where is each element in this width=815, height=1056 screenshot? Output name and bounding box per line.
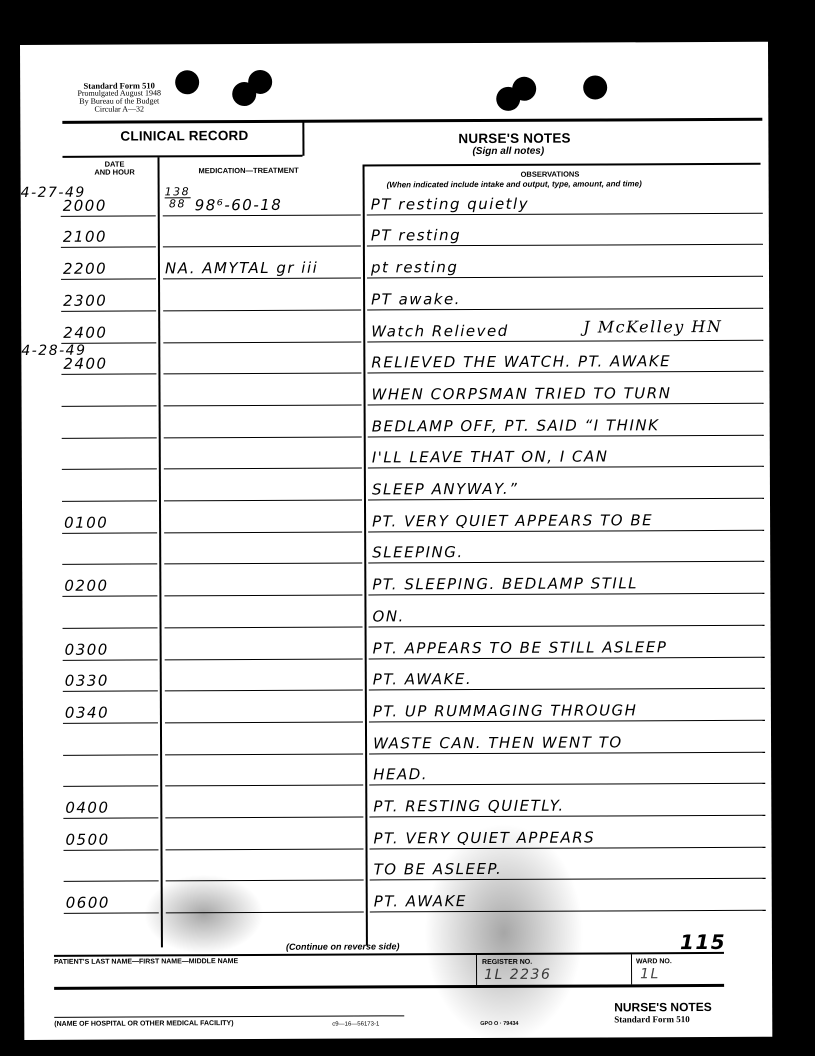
row-rule — [163, 341, 361, 343]
row-rule — [165, 817, 363, 819]
punch-hole — [175, 70, 199, 94]
nurse-signature: J McKelley HN — [583, 316, 722, 336]
table-row: WASTE CAN. THEN WENT TO — [20, 42, 768, 45]
table-row: WHEN CORPSMAN TRIED TO TURN — [20, 42, 768, 45]
row-rule — [61, 374, 156, 375]
row-medication: NA. AMYTAL gr iii — [165, 259, 318, 278]
row-time: 2400 — [63, 355, 107, 373]
row-rule — [64, 881, 159, 882]
row-rule — [61, 310, 156, 311]
row-time: 2400 — [63, 323, 107, 341]
row-observation: PT. AWAKE. — [373, 670, 472, 688]
row-observation: SLEEP ANYWAY.” — [372, 480, 518, 499]
table-row: SLEEPING. — [20, 42, 768, 45]
row-observation: I'LL LEAVE THAT ON, I CAN — [372, 448, 609, 467]
row-rule — [63, 786, 158, 787]
form-title-footer: NURSE'S NOTES — [614, 1000, 712, 1014]
row-rule — [369, 625, 765, 628]
row-observation: SLEEPING. — [372, 543, 463, 561]
page-number: 115 — [680, 930, 726, 954]
row-rule — [63, 817, 158, 818]
row-rule — [62, 532, 157, 533]
ward-label: WARD NO. — [636, 958, 672, 965]
header-mid-rule — [62, 155, 302, 158]
row-observation: PT. APPEARS TO BE STILL ASLEEP — [373, 638, 668, 657]
sign-all-notes-label: (Sign all notes) — [472, 146, 544, 157]
row-observation: Watch Relieved — [371, 321, 509, 340]
table-row: 2400Watch RelievedJ McKelley HN — [20, 42, 768, 45]
row-rule — [163, 309, 361, 311]
row-time: 0340 — [65, 704, 109, 722]
form-info: Standard Form 510 Promulgated August 194… — [64, 81, 174, 113]
row-observation: WASTE CAN. THEN WENT TO — [373, 733, 623, 752]
ward-divider — [631, 954, 632, 984]
row-observation: PT awake. — [371, 290, 461, 308]
row-time: 0100 — [64, 513, 108, 531]
row-rule — [62, 405, 157, 406]
row-observation: PT. SLEEPING. BEDLAMP STILL — [372, 574, 638, 593]
row-rule — [64, 849, 159, 850]
row-rule — [163, 373, 361, 375]
table-row: ON. — [20, 42, 768, 45]
table-row: I'LL LEAVE THAT ON, I CAN — [20, 42, 768, 45]
row-rule — [164, 531, 362, 533]
table-row: TO BE ASLEEP. — [20, 42, 768, 45]
row-rule — [164, 404, 362, 406]
table-row: 2300PT awake. — [20, 42, 768, 45]
systolic: 138 — [165, 186, 191, 198]
scan-noise — [423, 823, 584, 1044]
row-observation: RELIEVED THE WATCH. PT. AWAKE — [371, 352, 671, 371]
row-rule — [163, 246, 361, 248]
blood-pressure: 13888 — [165, 186, 191, 209]
observations-note: (When indicated include intake and outpu… — [387, 179, 642, 189]
row-time: 2200 — [63, 260, 107, 278]
punch-hole — [248, 70, 272, 94]
diastolic: 88 — [165, 198, 191, 209]
punch-hole — [512, 77, 536, 101]
table-row: BEDLAMP OFF, PT. SAID “I THINK — [20, 42, 768, 45]
row-rule — [165, 785, 363, 787]
table-row: 0500PT. VERY QUIET APPEARS — [20, 42, 768, 45]
date-hour-header: DATE AND HOUR — [81, 160, 149, 176]
row-observation: HEAD. — [373, 766, 428, 784]
table-row: 0600PT. AWAKE — [20, 42, 768, 45]
row-rule — [164, 436, 362, 438]
table-row: 2200NA. AMYTAL gr iiipt resting — [20, 42, 768, 45]
footer-top-rule — [54, 952, 724, 957]
row-time: 0200 — [64, 577, 108, 595]
table-row: 0330PT. AWAKE. — [20, 42, 768, 45]
header-mid-rule-right — [363, 163, 761, 167]
patient-name-label: PATIENT'S LAST NAME—FIRST NAME—MIDDLE NA… — [54, 958, 238, 966]
row-rule — [61, 279, 156, 280]
row-rule — [164, 468, 362, 470]
row-rule — [62, 564, 157, 565]
row-rule — [165, 658, 363, 660]
row-time: 0330 — [65, 672, 109, 690]
notes-table: 4-27-4920001388898⁶-60-18PT resting quie… — [20, 42, 768, 45]
nurses-notes-title: NURSE'S NOTES — [458, 131, 570, 146]
form-number-footer: Standard Form 510 — [614, 1014, 690, 1024]
row-rule — [165, 721, 363, 723]
row-rule — [61, 215, 156, 216]
table-row: 4-28-492400RELIEVED THE WATCH. PT. AWAKE — [20, 42, 768, 45]
row-time: 2300 — [63, 291, 107, 309]
row-observation: PT resting quietly — [371, 194, 529, 213]
table-row: 0300PT. APPEARS TO BE STILL ASLEEP — [20, 42, 768, 45]
row-time: 0600 — [66, 894, 110, 912]
row-observation: PT. VERY QUIET APPEARS TO BE — [372, 511, 653, 530]
observations-header: OBSERVATIONS — [521, 171, 580, 179]
row-rule — [164, 500, 362, 502]
row-rule — [61, 247, 156, 248]
row-observation: ON. — [372, 607, 404, 625]
header-top-rule — [62, 118, 762, 124]
row-observation: PT resting — [371, 226, 461, 244]
row-rule — [165, 690, 363, 692]
row-rule — [63, 691, 158, 692]
medication-header: MEDICATION—TREATMENT — [199, 167, 299, 175]
row-rule — [164, 563, 362, 565]
hospital-rule — [54, 1015, 404, 1018]
table-row: 0340PT. UP RUMMAGING THROUGH — [20, 42, 768, 45]
scan-noise — [144, 874, 264, 955]
row-time: 0300 — [65, 640, 109, 658]
row-rule — [63, 627, 158, 628]
table-row: 0400PT. RESTING QUIETLY. — [20, 42, 768, 45]
row-time: 2000 — [63, 196, 107, 214]
row-rule — [63, 659, 158, 660]
table-row: 4-27-4920001388898⁶-60-18PT resting quie… — [20, 42, 768, 45]
nurse-notes-form: Standard Form 510 Promulgated August 194… — [20, 42, 772, 1040]
continue-note: (Continue on reverse side) — [286, 941, 400, 951]
row-rule — [63, 754, 158, 755]
ward-value: 1L — [640, 966, 660, 982]
row-rule — [62, 500, 157, 501]
table-row: 0100PT. VERY QUIET APPEARS TO BE — [20, 42, 768, 45]
date-med-divider — [157, 157, 162, 947]
hospital-label: (NAME OF HOSPITAL OR OTHER MEDICAL FACIL… — [54, 1020, 233, 1028]
table-row: 0200PT. SLEEPING. BEDLAMP STILL — [20, 42, 768, 45]
row-time: 2100 — [63, 228, 107, 246]
row-observation: PT. RESTING QUIETLY. — [373, 797, 564, 816]
row-rule — [163, 214, 361, 216]
row-observation: PT. UP RUMMAGING THROUGH — [373, 701, 638, 720]
row-rule — [369, 783, 765, 786]
table-row: SLEEP ANYWAY.” — [20, 42, 768, 45]
row-time: 0400 — [65, 799, 109, 817]
row-rule — [163, 278, 361, 280]
row-rule — [62, 437, 157, 438]
row-rule — [166, 848, 364, 850]
hour-label: AND HOUR — [81, 168, 149, 176]
row-rule — [62, 469, 157, 470]
row-rule — [63, 722, 158, 723]
row-rule — [164, 595, 362, 597]
table-row: HEAD. — [20, 42, 768, 45]
print-code: c9—16—56173-1 — [332, 1021, 379, 1027]
footer-mid-rule — [54, 984, 724, 990]
table-row: 2100PT resting — [20, 42, 768, 45]
header-divider — [302, 122, 304, 156]
row-rule — [62, 595, 157, 596]
med-obs-divider — [363, 165, 368, 945]
row-medication: 98⁶-60-18 — [195, 196, 283, 214]
circular-label: Circular A—32 — [64, 105, 174, 113]
punch-hole — [583, 75, 607, 99]
clinical-record-title: CLINICAL RECORD — [120, 128, 248, 144]
row-time: 0500 — [65, 830, 109, 848]
row-rule — [165, 753, 363, 755]
row-observation: WHEN CORPSMAN TRIED TO TURN — [371, 384, 671, 403]
row-observation: BEDLAMP OFF, PT. SAID “I THINK — [372, 416, 660, 435]
row-observation: pt resting — [371, 258, 459, 276]
row-rule — [165, 626, 363, 628]
